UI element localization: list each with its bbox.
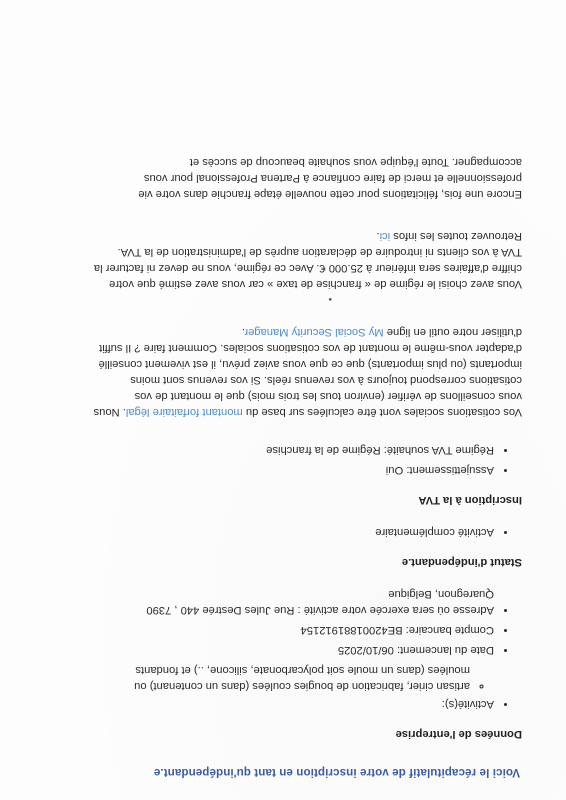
list-item-launch-date: Date du lancement: 06/10/2025	[92, 642, 494, 658]
list-item-address: Adresse où sera exercée votre activité :…	[92, 586, 494, 618]
list-item-activities: Activité(s): artisan cirier, fabrication…	[92, 662, 494, 712]
document-body: Voici le récapitulatif de votre inscript…	[92, 136, 522, 780]
paragraph-closing: Encore une fois, félicitations pour cett…	[92, 154, 522, 202]
separator-mark: •	[92, 298, 332, 306]
list-item-activity: artisan cirier, fabrication de bougies c…	[92, 662, 470, 694]
document-title: Voici le récapitulatif de votre inscript…	[92, 764, 520, 780]
section-heading-statut: Statut d'indépendant.e	[92, 554, 522, 570]
activities-sublist: artisan cirier, fabrication de bougies c…	[92, 662, 494, 694]
list-item-assujettissement: Assujettissement: Oui	[92, 462, 494, 478]
section-heading-tva: Inscription à la TVA	[92, 492, 522, 508]
list-item-statut: Activité complémentaire	[92, 524, 494, 540]
list-item-regime: Régime TVA souhaité: Régime de la franch…	[92, 442, 494, 458]
link-ici[interactable]: ici	[380, 230, 391, 242]
scanned-page: Voici le récapitulatif de votre inscript…	[0, 0, 566, 800]
section-heading-entreprise: Données de l'entreprise	[92, 726, 522, 742]
paragraph-franchise: Vous avez choisi le régime de « franchis…	[92, 228, 522, 292]
link-montant-forfaitaire[interactable]: montant forfaitaire légal	[126, 406, 243, 418]
statut-list: Activité complémentaire	[92, 524, 522, 540]
list-item-bank-account: Compte bancaire: BE42001881912154	[92, 622, 494, 638]
link-my-social-security-manager[interactable]: My Social Security Manager	[245, 326, 384, 338]
paragraph-cotisations: Vos cotisations sociales vont être calcu…	[92, 324, 522, 420]
entreprise-list: Activité(s): artisan cirier, fabrication…	[92, 586, 522, 712]
tva-list: Assujettissement: Oui Régime TVA souhait…	[92, 442, 522, 478]
